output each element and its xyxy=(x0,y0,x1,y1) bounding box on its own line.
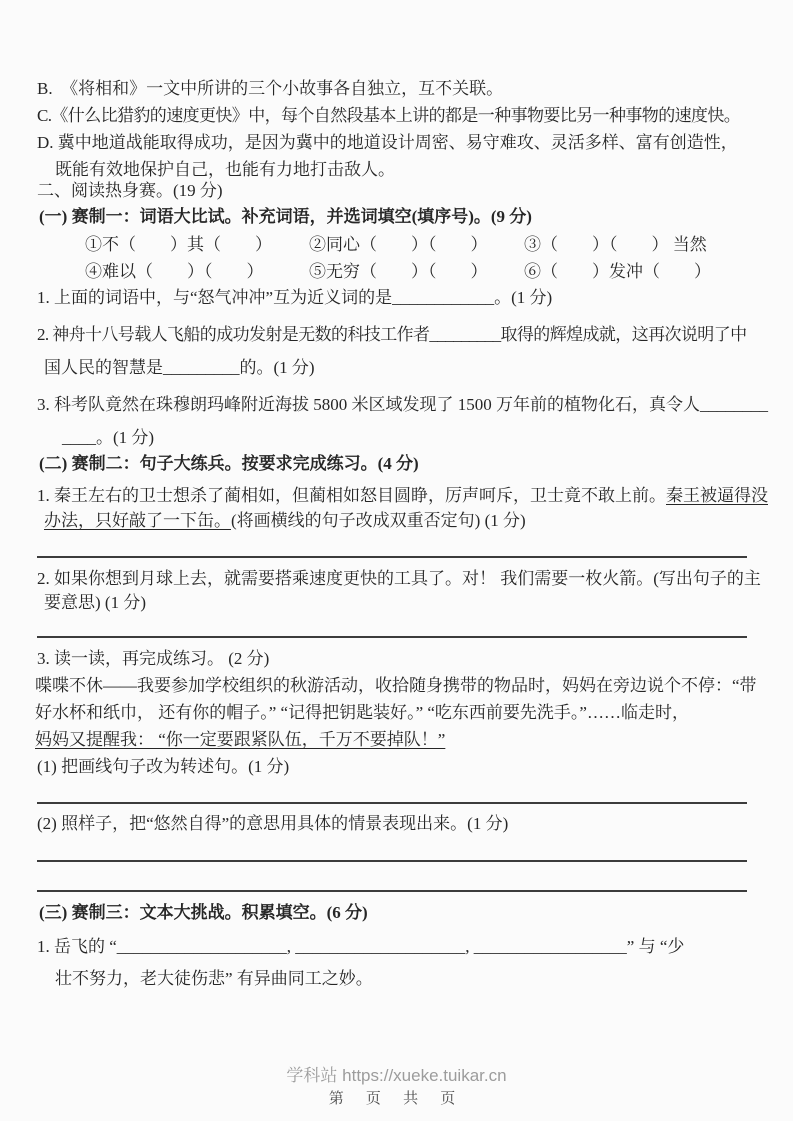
part1-heading: (一) 赛制一：词语大比试。补充词语，并选词填空(填序号)。(9 分) xyxy=(39,203,532,230)
part2-heading: (二) 赛制二：句子大练兵。按要求完成练习。(4 分) xyxy=(39,450,419,477)
word-blank-item-5: ⑤无穷（ ）（ ） xyxy=(309,258,524,285)
word-blank-row1: ①不（ ）其（ ）②同心（ ）（ ）③（ ）（ ） 当然 xyxy=(85,231,707,258)
passage-line2: 好水杯和纸巾， 还有你的帽子。” “记得把钥匙装好。” “吃东西前要先洗手。”…… xyxy=(35,699,689,726)
part2-question-1-line1: 1. 秦王左右的卫士想杀了蔺相如，但蔺相如怒目圆睁，厉声呵斥，卫士竟不敢上前。秦… xyxy=(37,482,768,509)
answer-line xyxy=(37,556,747,558)
part1-question-3-line1: 3. 科考队竟然在珠穆朗玛峰附近海拔 5800 米区域发现了 1500 万年前的… xyxy=(37,391,768,418)
footer-page-number: 第 页 共 页 xyxy=(0,1088,793,1110)
answer-line xyxy=(37,636,747,638)
part2-q1-underlined-text-cont: 办法，只好敲了一下缶。 xyxy=(44,511,231,530)
passage-line3: 妈妈又提醒我： “你一定要跟紧队伍，千万不要掉队！” xyxy=(35,726,445,753)
option-b: B. 《将相和》一文中所讲的三个小故事各自独立，互不关联。 xyxy=(37,75,503,102)
option-c: C.《什么比猎豹的速度更快》中，每个自然段基本上讲的都是一种事物要比另一种事物的… xyxy=(37,102,740,129)
word-blank-item-6: ⑥（ ）发冲（ ） xyxy=(524,262,711,281)
part2-question-2-line1: 2. 如果你想到月球上去，就需要搭乘速度更快的工具了。对！ 我们需要一枚火箭。(… xyxy=(37,565,761,592)
answer-line xyxy=(37,890,747,892)
part2-q1-normal-text: 1. 秦王左右的卫士想杀了蔺相如，但蔺相如怒目圆睁，厉声呵斥，卫士竟不敢上前。 xyxy=(37,486,666,505)
part3-question-1-line2: 壮不努力，老大徒伤悲” 有异曲同工之妙。 xyxy=(55,965,373,992)
word-blank-item-3: ③（ ）（ ） 当然 xyxy=(524,235,707,254)
part2-question-3-sub2: (2) 照样子，把“悠然自得”的意思用具体的情景表现出来。(1 分) xyxy=(37,810,508,837)
word-blank-item-2: ②同心（ ）（ ） xyxy=(309,231,524,258)
part2-question-1-line2: 办法，只好敲了一下缶。(将画横线的句子改成双重否定句) (1 分) xyxy=(44,507,526,534)
part3-question-1-line1: 1. 岳飞的 “____________________, __________… xyxy=(37,933,684,960)
part2-question-3-intro: 3. 读一读，再完成练习。 (2 分) xyxy=(37,645,269,672)
exam-paper-page: B. 《将相和》一文中所讲的三个小故事各自独立，互不关联。 C.《什么比猎豹的速… xyxy=(0,0,793,1121)
section-heading-reading: 二、阅读热身赛。(19 分) xyxy=(37,177,223,204)
part2-q1-underlined-text: 秦王被逼得没 xyxy=(666,486,768,505)
passage-line1: 喋喋不休——我要参加学校组织的秋游活动，收拾随身携带的物品时，妈妈在旁边说个不停… xyxy=(35,672,757,699)
part1-question-3-line2: ____。(1 分) xyxy=(62,424,154,451)
part2-question-3-sub1: (1) 把画线句子改为转述句。(1 分) xyxy=(37,753,289,780)
answer-line xyxy=(37,860,747,862)
part3-heading: (三) 赛制三：文本大挑战。积累填空。(6 分) xyxy=(39,899,368,926)
word-blank-item-1: ①不（ ）其（ ） xyxy=(85,231,309,258)
footer-site-watermark: 学科站 https://xueke.tuikar.cn xyxy=(0,1064,793,1088)
option-d-line1: D. 冀中地道战能取得成功，是因为冀中的地道设计周密、易守难攻、灵活多样、富有创… xyxy=(37,129,738,156)
part1-question-2-line2: 国人民的智慧是_________的。(1 分) xyxy=(44,354,315,381)
word-blank-row2: ④难以（ ）（ ）⑤无穷（ ）（ ）⑥（ ）发冲（ ） xyxy=(85,258,711,285)
part2-question-2-line2: 要意思) (1 分) xyxy=(44,589,146,616)
passage-underlined-text: 妈妈又提醒我： “你一定要跟紧队伍，千万不要掉队！” xyxy=(35,730,445,749)
answer-line xyxy=(37,802,747,804)
word-blank-item-4: ④难以（ ）（ ） xyxy=(85,258,309,285)
part1-question-1: 1. 上面的词语中，与“怒气冲冲”互为近义词的是____________。(1 … xyxy=(37,284,552,311)
part1-question-2-line1: 2. 神舟十八号载人飞船的成功发射是无数的科技工作者_________取得的辉煌… xyxy=(37,321,747,348)
part2-q1-instruction: (将画横线的句子改成双重否定句) (1 分) xyxy=(231,511,526,530)
